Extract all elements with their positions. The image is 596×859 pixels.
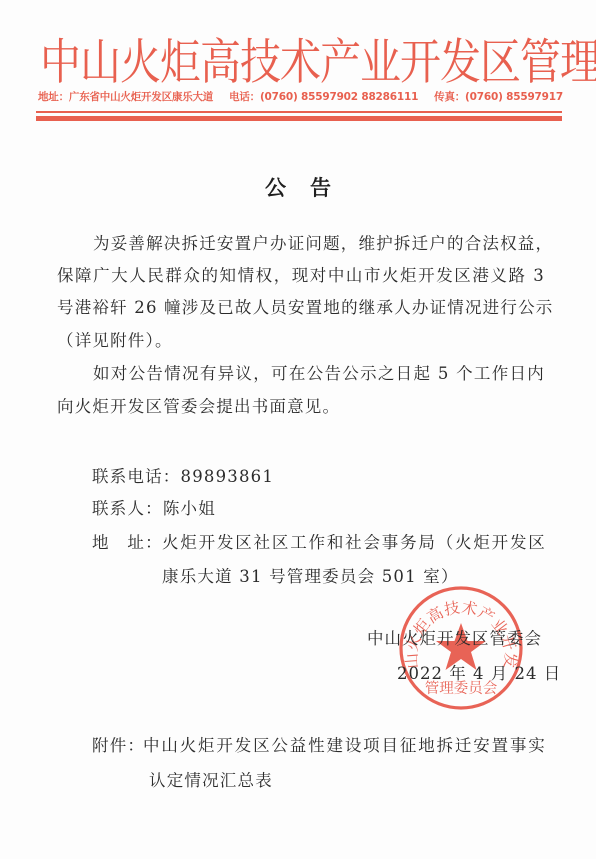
letterhead-address: 地址：广东省中山火炬开发区康乐大道 — [38, 88, 213, 106]
contact-person-row: 联系人：陈小姐 — [92, 498, 216, 520]
contact-person-value: 陈小姐 — [163, 499, 216, 518]
contact-phone-label: 联系电话： — [92, 467, 181, 486]
signature-date: 2022 年 4 月 24 日 — [397, 663, 561, 685]
letterhead-fax: 传真：(0760) 85597917 — [434, 88, 563, 106]
attachment-label: 附件： — [92, 735, 145, 757]
paragraph1-line4: （详见附件）。 — [57, 330, 173, 352]
paragraph2-line2: 向火炬开发区管委会提出书面意见。 — [57, 396, 340, 418]
paragraph1-line2: 保障广大人民群众的知情权，现对中山市火炬开发区港义路 3 — [57, 265, 545, 287]
letterhead-organization: 中山火炬高技术产业开发区管理委员会 — [40, 30, 560, 94]
paragraph1-line3: 号港裕轩 26 幢涉及已故人员安置地的继承人办证情况进行公示 — [57, 297, 545, 319]
contact-address-line2: 康乐大道 31 号管理委员会 501 室） — [162, 566, 459, 588]
document-title: 公告 — [0, 172, 596, 202]
contact-phone-row: 联系电话：89893861 — [92, 466, 274, 488]
attachment-line1: 中山火炬开发区公益性建设项目征地拆迁安置事实 — [143, 735, 546, 757]
paragraph2-line1: 如对公告情况有异议，可在公告公示之日起 5 个工作日内 — [93, 363, 545, 385]
paragraph1-line1: 为妥善解决拆迁安置户办证问题，维护拆迁户的合法权益， — [93, 233, 545, 255]
signature-issuer: 中山火炬开发区管委会 — [367, 628, 542, 650]
letterhead-phone: 电话：(0760) 85597902 88286111 — [229, 88, 418, 106]
contact-person-label: 联系人： — [92, 499, 163, 518]
letterhead-rule-thick — [36, 116, 562, 121]
attachment-line2: 认定情况汇总表 — [149, 770, 273, 792]
contact-address-line1: 火炬开发区社区工作和社会事务局（火炬开发区 — [162, 532, 546, 554]
letterhead-contact-bar: 地址：广东省中山火炬开发区康乐大道 电话：(0760) 85597902 882… — [38, 88, 563, 106]
letterhead-rule-thin — [36, 111, 562, 113]
document-page: 中山火炬高技术产业开发区管理委员会 地址：广东省中山火炬开发区康乐大道 电话：(… — [0, 0, 596, 859]
contact-phone-value: 89893861 — [181, 467, 275, 486]
contact-address-label: 地 址： — [92, 532, 163, 554]
